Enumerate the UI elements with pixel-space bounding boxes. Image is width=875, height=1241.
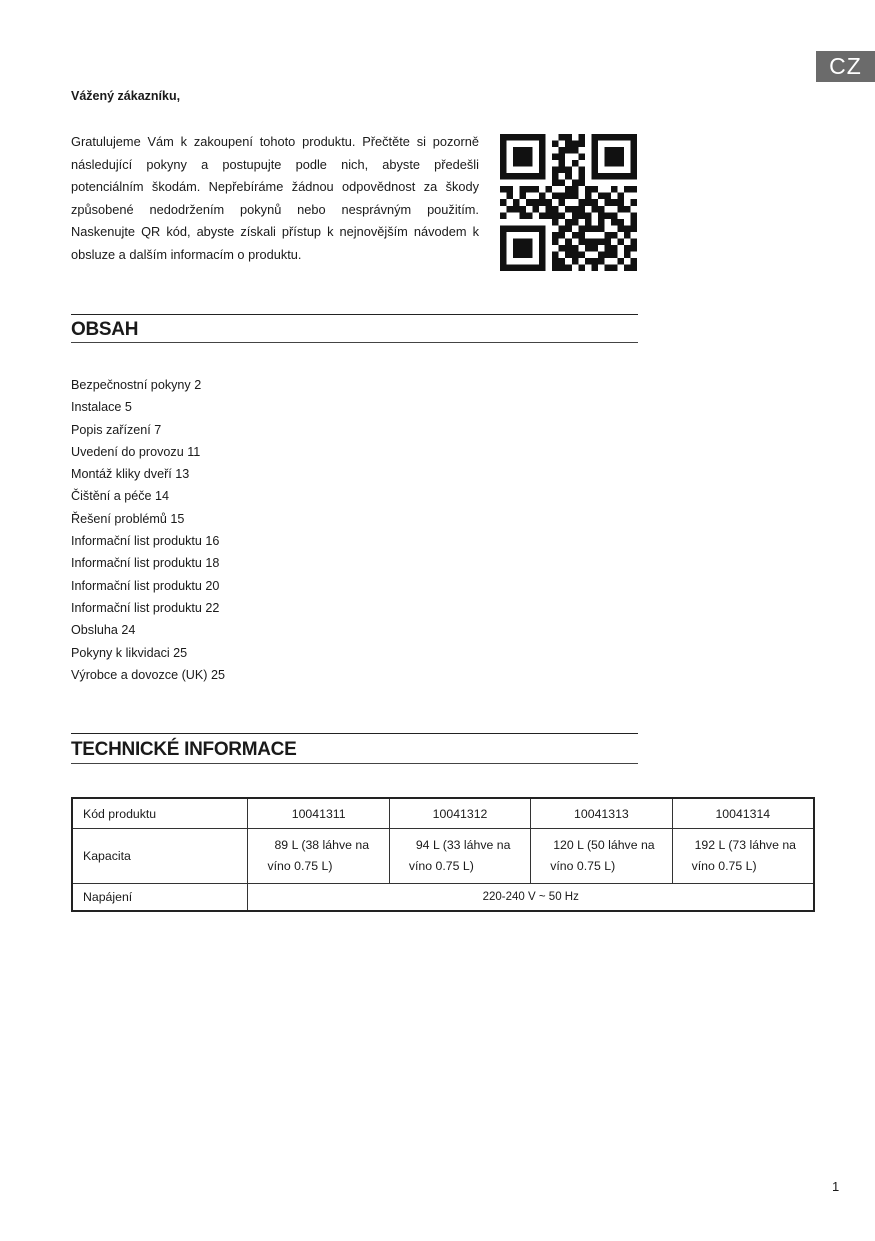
toc-item[interactable]: Informační list produktu 18 bbox=[71, 552, 225, 574]
table-of-contents: Bezpečnostní pokyny 2 Instalace 5 Popis … bbox=[71, 374, 225, 686]
capacity-cell: 192 L (73 láhve navíno 0.75 L) bbox=[672, 829, 814, 884]
capacity-line2: víno 0.75 L) bbox=[550, 856, 671, 877]
capacity-line1: 120 L (50 láhve na bbox=[550, 835, 671, 856]
toc-item[interactable]: Pokyny k likvidaci 25 bbox=[71, 642, 225, 664]
qr-code-graphic bbox=[500, 134, 637, 271]
intro-paragraph: Gratulujeme Vám k zakoupení tohoto produ… bbox=[71, 131, 479, 267]
capacity-label: Kapacita bbox=[72, 829, 248, 884]
capacity-line1: 94 L (33 láhve na bbox=[409, 835, 530, 856]
capacity-line2: víno 0.75 L) bbox=[409, 856, 530, 877]
greeting: Vážený zákazníku, bbox=[71, 89, 180, 103]
toc-item[interactable]: Montáž kliky dveří 13 bbox=[71, 463, 225, 485]
toc-item[interactable]: Popis zařízení 7 bbox=[71, 419, 225, 441]
toc-item[interactable]: Výrobce a dovozce (UK) 25 bbox=[71, 664, 225, 686]
contents-title: OBSAH bbox=[71, 315, 638, 344]
product-code-cell: 10041312 bbox=[389, 798, 530, 829]
technical-specs-table: Kód produktu 10041311 10041312 10041313 … bbox=[71, 797, 815, 912]
table-row-product-code: Kód produktu 10041311 10041312 10041313 … bbox=[72, 798, 814, 829]
capacity-cell: 120 L (50 láhve navíno 0.75 L) bbox=[531, 829, 672, 884]
capacity-line1: 192 L (73 láhve na bbox=[692, 835, 813, 856]
table-row-power: Napájení 220-240 V ~ 50 Hz bbox=[72, 884, 814, 912]
toc-item[interactable]: Řešení problémů 15 bbox=[71, 508, 225, 530]
contents-heading: OBSAH bbox=[71, 314, 638, 343]
capacity-line1: 89 L (38 láhve na bbox=[267, 835, 388, 856]
capacity-line2: víno 0.75 L) bbox=[267, 856, 388, 877]
technical-title: TECHNICKÉ INFORMACE bbox=[71, 734, 638, 765]
table-row-capacity: Kapacita 89 L (38 láhve navíno 0.75 L) 9… bbox=[72, 829, 814, 884]
language-badge: CZ bbox=[816, 51, 875, 82]
toc-item[interactable]: Instalace 5 bbox=[71, 396, 225, 418]
toc-item[interactable]: Čištění a péče 14 bbox=[71, 485, 225, 507]
capacity-cell: 94 L (33 láhve navíno 0.75 L) bbox=[389, 829, 530, 884]
toc-item[interactable]: Obsluha 24 bbox=[71, 619, 225, 641]
technical-heading: TECHNICKÉ INFORMACE bbox=[71, 733, 638, 764]
capacity-line2: víno 0.75 L) bbox=[692, 856, 813, 877]
toc-item[interactable]: Informační list produktu 20 bbox=[71, 575, 225, 597]
page-number: 1 bbox=[832, 1179, 839, 1194]
product-code-label: Kód produktu bbox=[72, 798, 248, 829]
toc-item[interactable]: Uvedení do provozu 11 bbox=[71, 441, 225, 463]
power-value: 220-240 V ~ 50 Hz bbox=[248, 884, 814, 912]
toc-item[interactable]: Informační list produktu 22 bbox=[71, 597, 225, 619]
product-code-cell: 10041314 bbox=[672, 798, 814, 829]
power-label: Napájení bbox=[72, 884, 248, 912]
toc-item[interactable]: Bezpečnostní pokyny 2 bbox=[71, 374, 225, 396]
capacity-cell: 89 L (38 láhve navíno 0.75 L) bbox=[248, 829, 389, 884]
qr-code-icon[interactable] bbox=[500, 134, 637, 271]
product-code-cell: 10041311 bbox=[248, 798, 389, 829]
product-code-cell: 10041313 bbox=[531, 798, 672, 829]
toc-item[interactable]: Informační list produktu 16 bbox=[71, 530, 225, 552]
